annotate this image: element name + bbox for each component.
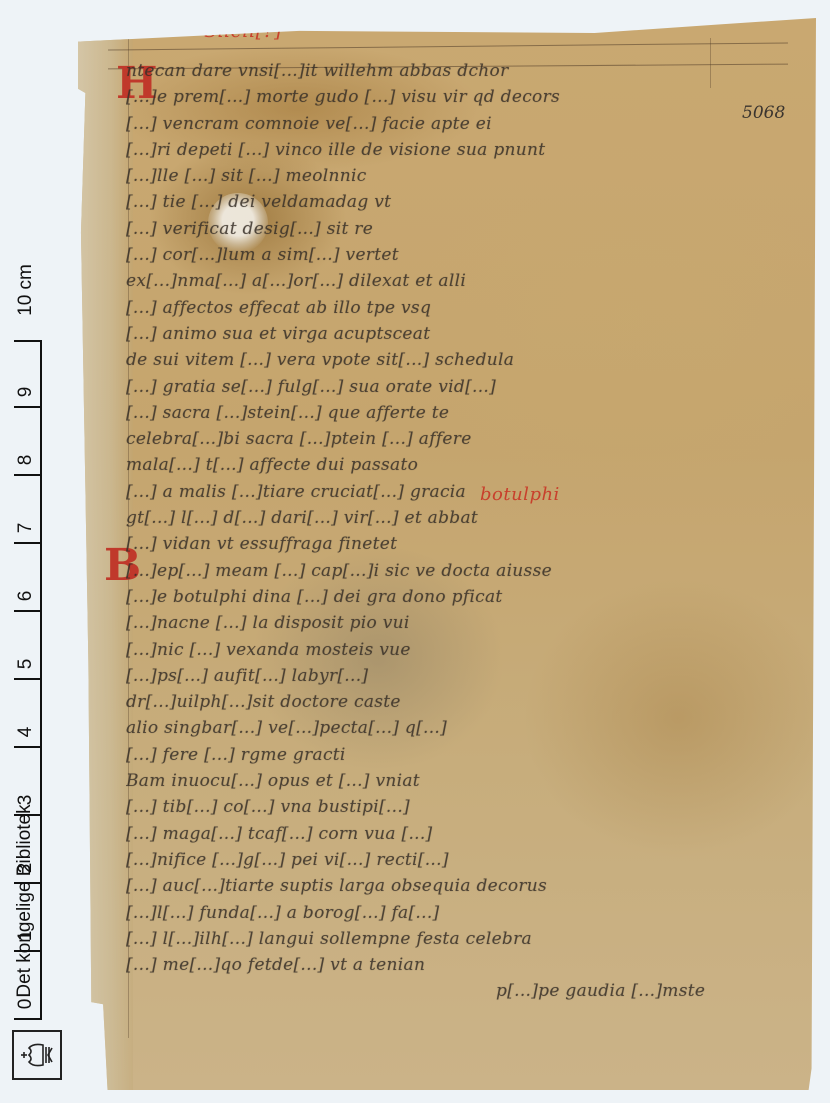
text-line: [...] me[...]qo fetde[...] vt a tenian	[126, 952, 798, 978]
text-line: [...]nic [...] vexanda mosteis vue	[126, 637, 798, 663]
text-line: dr[...]uilph[...]sit doctore caste	[126, 689, 798, 715]
text-line: [...] affectos effecat ab illo tpe vsq	[126, 295, 798, 321]
scale-ruler: 10 cm 9 8 7 6 5 4 3 2 1 0 Det kongelige …	[0, 0, 70, 1103]
text-line: [...] a malis [...]tiare cruciat[...] gr…	[126, 479, 798, 505]
text-line: [...]ep[...] meam [...] cap[...]i sic ve…	[126, 558, 798, 584]
text-line: [...] gratia se[...] fulg[...] sua orate…	[126, 374, 798, 400]
ruler-number: 9	[16, 380, 36, 404]
text-line: [...] vidan vt essuffraga finetet	[126, 531, 798, 557]
text-line: alio singbar[...] ve[...]pecta[...] q[..…	[126, 715, 798, 741]
text-line: ntecan dare vnsi[...]it willehm abbas dc…	[126, 58, 798, 84]
text-line: [...]ps[...] aufit[...] labyr[...]	[126, 663, 798, 689]
text-line: [...] l[...]ilh[...] langui sollempne fe…	[126, 926, 798, 952]
text-line: [...] vencram comnoie ve[...] facie apte…	[126, 111, 798, 137]
text-line: gt[...] l[...] d[...] dari[...] vir[...]…	[126, 505, 798, 531]
text-line: [...] fere [...] rgme gracti	[126, 742, 798, 768]
crown-logo-icon	[12, 1030, 62, 1080]
text-line: [...]l[...] funda[...] a borog[...] fa[.…	[126, 900, 798, 926]
text-line: [...] sacra [...]stein[...] que afferte …	[126, 400, 798, 426]
text-line: [...] animo sua et virga acuptsceat	[126, 321, 798, 347]
manuscript-text: ntecan dare vnsi[...]it willehm abbas dc…	[126, 58, 798, 1005]
text-line: de sui vitem [...] vera vpote sit[...] s…	[126, 347, 798, 373]
text-line: [...] verificat desig[...] sit re	[126, 216, 798, 242]
text-line: [...] maga[...] tcaf[...] corn vua [...]	[126, 821, 798, 847]
ruler-tick-9	[14, 406, 42, 408]
ruler-axis	[40, 340, 42, 1020]
ruler-tick-5	[14, 678, 42, 680]
text-line: [...]e botulphi dina [...] dei gra dono …	[126, 584, 798, 610]
ruler-tick-7	[14, 542, 42, 544]
text-line: ex[...]nma[...] a[...]or[...] dilexat et…	[126, 268, 798, 294]
text-line: [...]nacne [...] la disposit pio vui	[126, 610, 798, 636]
text-line: [...]nifice [...]g[...] pei vi[...] rect…	[126, 847, 798, 873]
ruler-tick-10	[14, 340, 42, 342]
text-line-final: p[...]pe gaudia [...]mste	[126, 978, 798, 1004]
ruler-tick-6	[14, 610, 42, 612]
ruler-number: 7	[16, 516, 36, 540]
text-line: [...] tie [...] dei veldamadag vt	[126, 189, 798, 215]
ruler-tick-8	[14, 474, 42, 476]
institution-name: Det kongelige Bibliotek	[14, 776, 36, 1026]
manuscript-leaf: Sileli[?] 5068 botulphi H B ntecan dare …	[78, 18, 816, 1090]
text-line: mala[...] t[...] affecte dui passato	[126, 452, 798, 478]
ruling-line-top	[108, 42, 788, 50]
crown-icon	[17, 1035, 57, 1075]
text-line: celebra[...]bi sacra [...]ptein [...] af…	[126, 426, 798, 452]
ruler-tick-4	[14, 746, 42, 748]
top-rubric: Sileli[?]	[204, 20, 282, 42]
text-line: Bam inuocu[...] opus et [...] vniat	[126, 768, 798, 794]
text-line: [...] cor[...]lum a sim[...] vertet	[126, 242, 798, 268]
ruler-number: 4	[16, 720, 36, 744]
text-line: [...]e prem[...] morte gudo [...] visu v…	[126, 84, 798, 110]
ruler-number: 5	[16, 652, 36, 676]
text-line: [...] auc[...]tiarte suptis larga obsequ…	[126, 873, 798, 899]
text-line: [...] tib[...] co[...] vna bustipi[...]	[126, 794, 798, 820]
ruler-unit-label: 10 cm	[16, 260, 36, 320]
ruler-number: 8	[16, 448, 36, 472]
text-line: [...]ri depeti [...] vinco ille de visio…	[126, 137, 798, 163]
text-line: [...]lle [...] sit [...] meolnnic	[126, 163, 798, 189]
ruler-number: 6	[16, 584, 36, 608]
